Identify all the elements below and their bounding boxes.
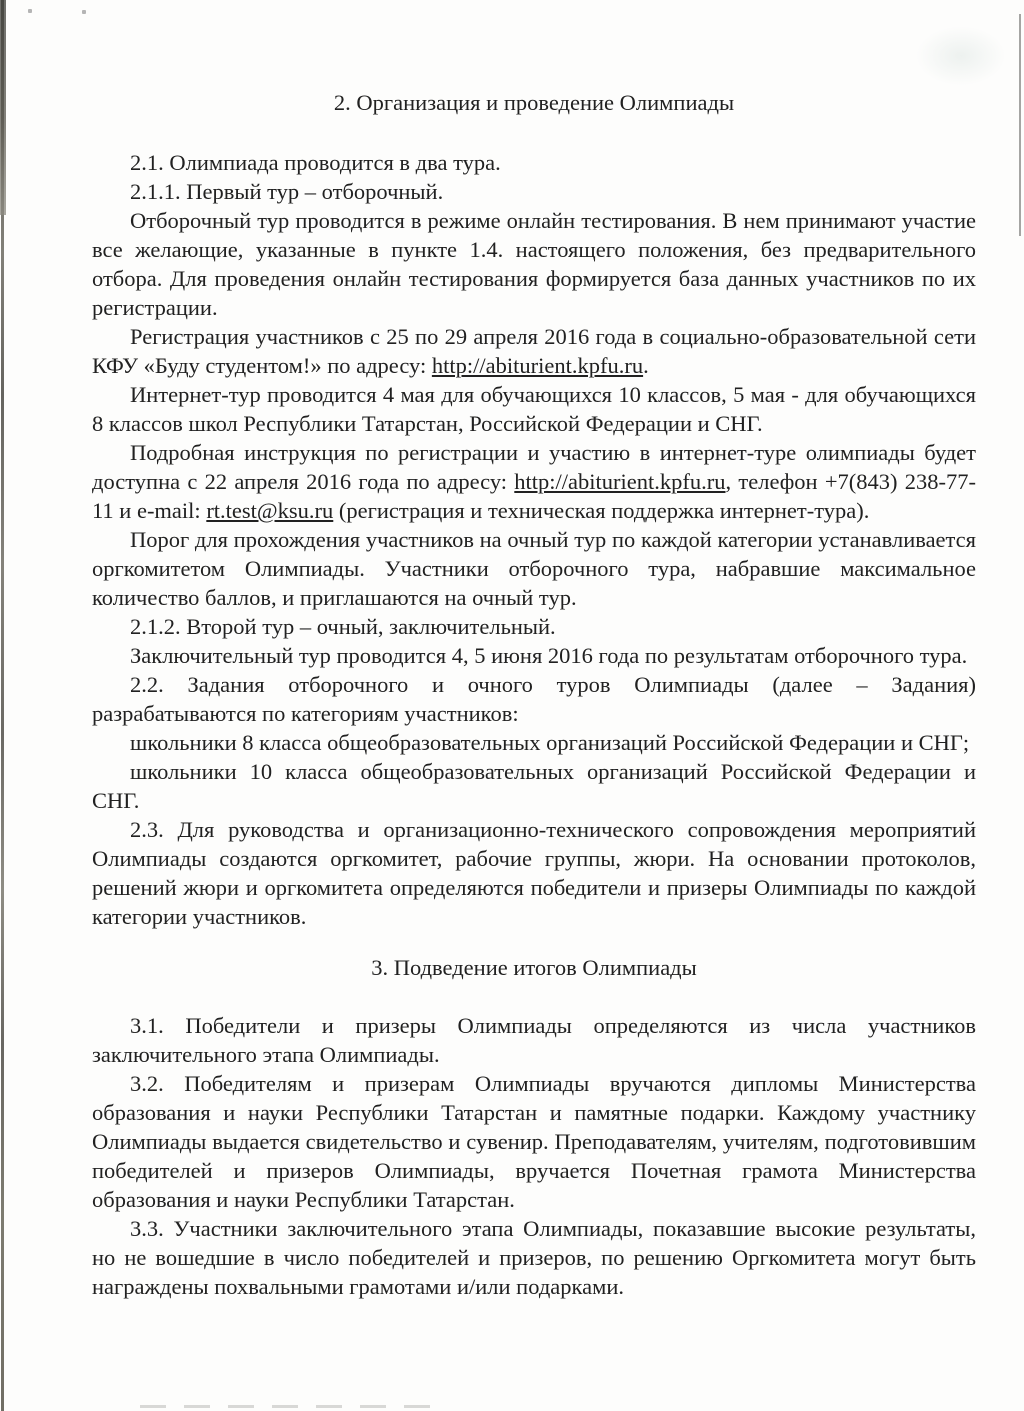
page-background: 2. Организация и проведение Олимпиады 2.… [0,0,1024,1411]
paragraph-3-1-winners: 3.1. Победители и призеры Олимпиады опре… [92,1011,976,1069]
paragraph-internet-round-dates: Интернет-тур проводится 4 мая для обучаю… [92,380,976,438]
paragraph-2-1-1: 2.1.1. Первый тур – отборочный. [92,177,976,206]
paragraph-category-grade-10: школьники 10 класса общеобразовательных … [92,757,976,815]
paragraph-2-2-tasks: 2.2. Задания отборочного и очного туров … [92,670,976,728]
link-abiturient-kpfu[interactable]: http://abiturient.kpfu.ru [514,469,725,494]
scan-smudge-top-right [916,26,1006,86]
paragraph-text: (регистрация и техническая поддержка инт… [333,498,869,523]
paragraph-instructions: Подробная инструкция по регистрации и уч… [92,438,976,525]
paragraph-final-round: Заключительный тур проводится 4, 5 июня … [92,641,976,670]
link-email-rt-test[interactable]: rt.test@ksu.ru [206,498,333,523]
paragraph-3-3-certificates: 3.3. Участники заключительного этапа Оли… [92,1214,976,1301]
scan-speck [82,10,86,14]
scan-edge-right-line [1019,14,1021,236]
document-body: 2. Организация и проведение Олимпиады 2.… [92,88,976,1301]
scanned-document-page: { "page": { "background_color": "#fdfdfc… [0,0,1024,1411]
paragraph-2-1: 2.1. Олимпиада проводится в два тура. [92,148,976,177]
paragraph-threshold: Порог для прохождения участников на очны… [92,525,976,612]
section-2-heading: 2. Организация и проведение Олимпиады [92,88,976,117]
paragraph-text: . [643,353,649,378]
scan-edge-left-top-shadow [0,0,6,215]
paragraph-2-3-committee: 2.3. Для руководства и организационно-те… [92,815,976,931]
section-3-heading: 3. Подведение итогов Олимпиады [92,953,976,982]
paragraph-registration: Регистрация участников с 25 по 29 апреля… [92,322,976,380]
paragraph-category-grade-8: школьники 8 класса общеобразовательных о… [92,728,976,757]
link-abiturient-kpfu[interactable]: http://abiturient.kpfu.ru [432,353,643,378]
paragraph-selection-round: Отборочный тур проводится в режиме онлай… [92,206,976,322]
scan-bottom-artifact [140,1405,430,1408]
scan-speck [28,9,32,13]
paragraph-2-1-2: 2.1.2. Второй тур – очный, заключительны… [92,612,976,641]
paragraph-3-2-awards: 3.2. Победителям и призерам Олимпиады вр… [92,1069,976,1214]
